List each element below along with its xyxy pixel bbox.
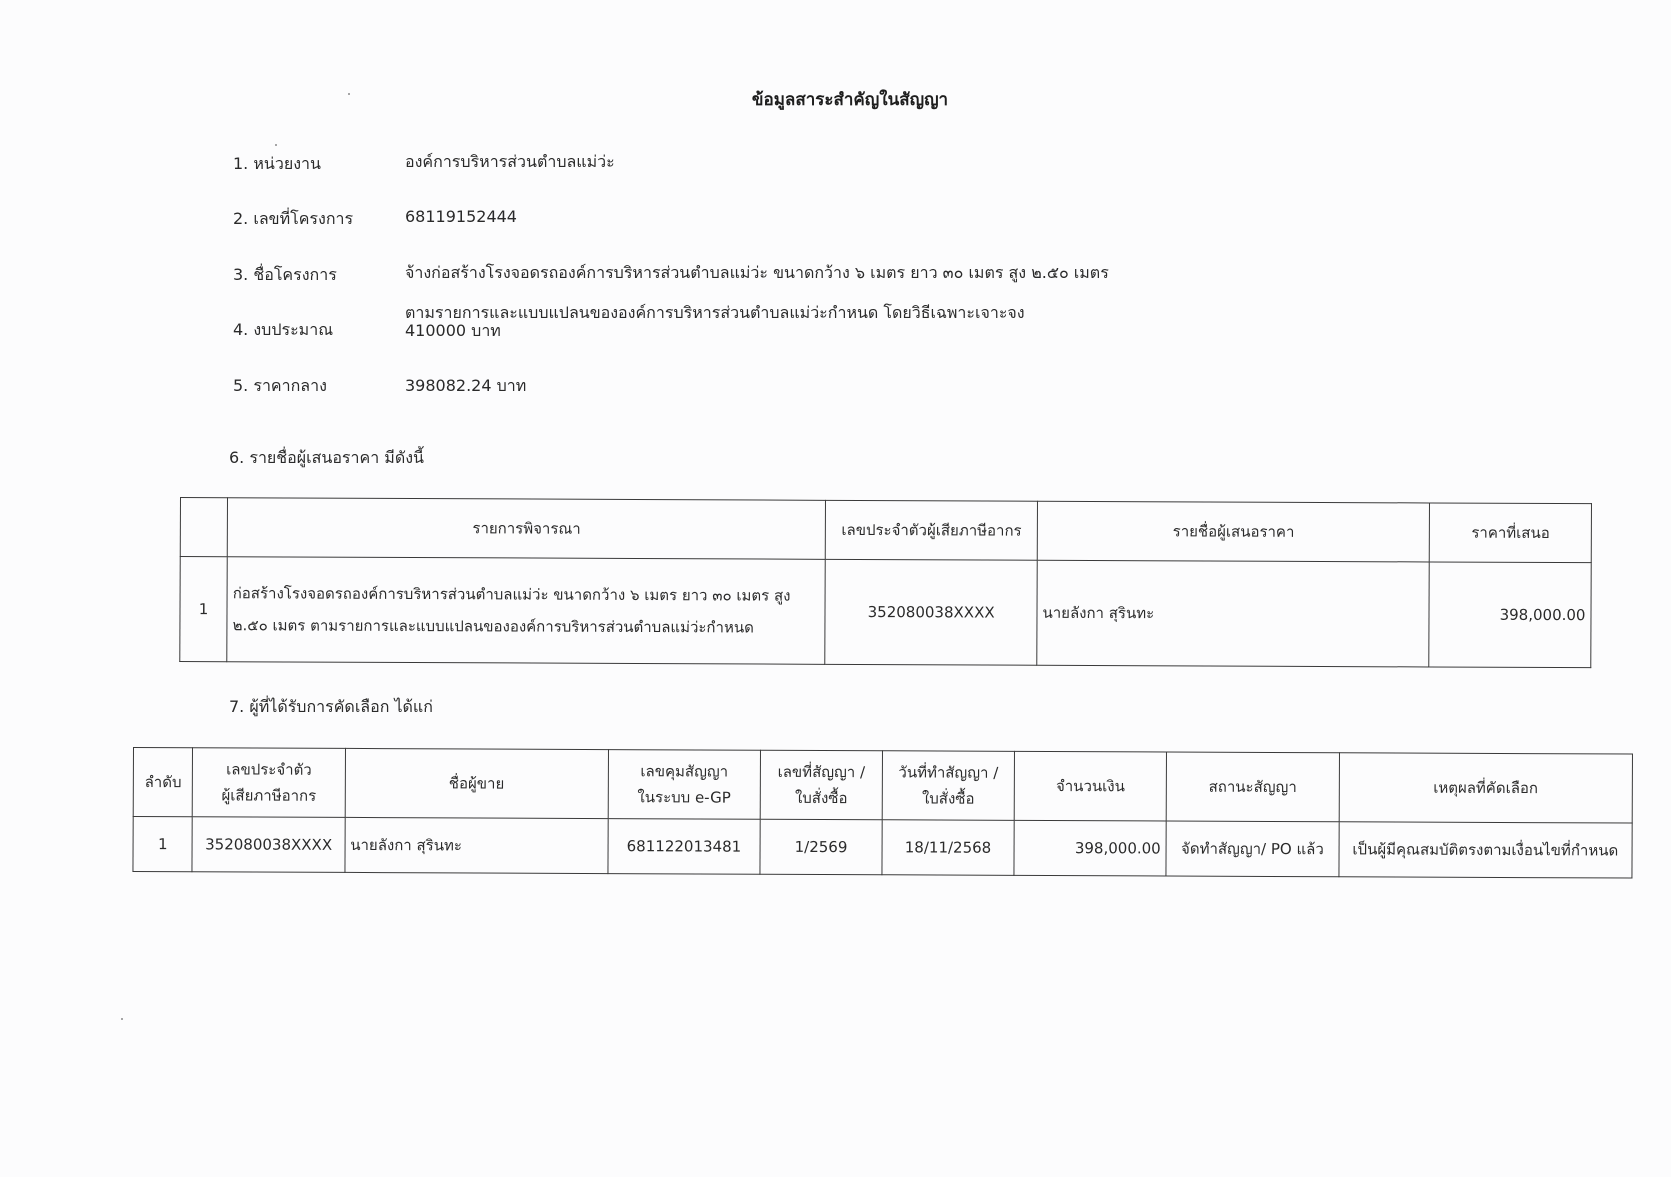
field-label-median-price: 5. ราคากลาง bbox=[233, 374, 327, 399]
table-row: 1 ก่อสร้างโรงจอดรถองค์การบริหารส่วนตำบลแ… bbox=[180, 557, 1591, 668]
field-value-project-name: จ้างก่อสร้างโรงจอดรถองค์การบริหารส่วนตำบ… bbox=[405, 263, 1109, 283]
column-header-contract-line1: เลขที่สัญญา / bbox=[778, 763, 865, 781]
column-header-order-text: ลำดับ bbox=[145, 773, 182, 791]
cell-tax-id: 352080038XXXX bbox=[825, 559, 1037, 665]
field-value-agency: องค์การบริหารส่วนตำบลแม่ว่ะ bbox=[405, 152, 615, 172]
column-header-reason: เหตุผลที่คัดเลือก bbox=[1339, 753, 1633, 823]
column-header-date-line2: ใบสั่งซื้อ bbox=[922, 789, 975, 807]
column-header-no bbox=[180, 498, 227, 557]
field-label-agency: 1. หน่วยงาน bbox=[233, 152, 321, 177]
column-header-order: ลำดับ bbox=[133, 748, 193, 817]
field-value-project-number: 68119152444 bbox=[405, 207, 517, 227]
cell-tax-id: 352080038XXXX bbox=[192, 817, 344, 873]
column-header-contract-date: วันที่ทำสัญญา /ใบสั่งซื้อ bbox=[882, 751, 1014, 821]
section-selected-heading: 7. ผู้ที่ได้รับการคัดเลือก ได้แก่ bbox=[229, 695, 433, 720]
column-header-seller-text: ชื่อผู้ขาย bbox=[449, 774, 505, 792]
cell-status: จัดทำสัญญา/ PO แล้ว bbox=[1166, 821, 1339, 877]
cell-egp-control-no: 681122013481 bbox=[608, 819, 760, 875]
column-header-tax-id: เลขประจำตัวผู้เสียภาษีอากร bbox=[193, 748, 346, 818]
scan-speck bbox=[275, 144, 277, 146]
column-header-tax-id-line2: ผู้เสียภาษีอากร bbox=[222, 786, 317, 804]
field-value-median-price: 398082.24 บาท bbox=[405, 376, 526, 396]
column-header-contract-line2: ใบสั่งซื้อ bbox=[795, 789, 848, 807]
cell-contract-no: 1/2569 bbox=[760, 819, 882, 875]
cell-no: 1 bbox=[180, 557, 228, 662]
column-header-amount-text: จำนวนเงิน bbox=[1056, 777, 1125, 795]
selected-vendor-table: ลำดับ เลขประจำตัวผู้เสียภาษีอากร ชื่อผู้… bbox=[132, 747, 1633, 879]
column-header-reason-text: เหตุผลที่คัดเลือก bbox=[1433, 779, 1538, 797]
column-header-seller: ชื่อผู้ขาย bbox=[345, 748, 608, 818]
column-header-tax-id-line1: เลขประจำตัว bbox=[226, 760, 312, 778]
document-title: ข้อมูลสาระสำคัญในสัญญา bbox=[700, 86, 1000, 113]
table-row: 1 352080038XXXX นายลังกา สุรินทะ 6811220… bbox=[133, 817, 1632, 879]
table-header-row: ลำดับ เลขประจำตัวผู้เสียภาษีอากร ชื่อผู้… bbox=[133, 748, 1632, 824]
column-header-item: รายการพิจารณา bbox=[227, 498, 825, 560]
column-header-egp-line1: เลขคุมสัญญา bbox=[640, 762, 728, 780]
column-header-tax-id: เลขประจำตัวผู้เสียภาษีอากร bbox=[825, 500, 1037, 560]
column-header-amount: จำนวนเงิน bbox=[1014, 751, 1167, 821]
cell-price: 398,000.00 bbox=[1429, 562, 1591, 668]
cell-amount: 398,000.00 bbox=[1014, 820, 1166, 876]
column-header-contract-no: เลขที่สัญญา /ใบสั่งซื้อ bbox=[760, 750, 882, 820]
column-header-egp-line2: ในระบบ e-GP bbox=[637, 788, 730, 806]
column-header-bidder: รายชื่อผู้เสนอราคา bbox=[1037, 501, 1430, 562]
column-header-egp-control: เลขคุมสัญญาในระบบ e-GP bbox=[608, 750, 761, 820]
document-page: ข้อมูลสาระสำคัญในสัญญา 1. หน่วยงาน องค์ก… bbox=[0, 0, 1671, 1177]
cell-item: ก่อสร้างโรงจอดรถองค์การบริหารส่วนตำบลแม่… bbox=[227, 557, 826, 665]
cell-reason: เป็นผู้มีคุณสมบัติตรงตามเงื่อนไขที่กำหนด bbox=[1339, 822, 1633, 878]
field-label-budget: 4. งบประมาณ bbox=[233, 318, 333, 343]
field-label-project-name: 3. ชื่อโครงการ bbox=[233, 263, 337, 288]
column-header-date-line1: วันที่ทำสัญญา / bbox=[898, 763, 998, 781]
column-header-price: ราคาที่เสนอ bbox=[1430, 503, 1592, 563]
field-value-budget: 410000 บาท bbox=[405, 321, 501, 341]
scan-speck bbox=[121, 1018, 123, 1020]
column-header-status-text: สถานะสัญญา bbox=[1209, 778, 1297, 796]
field-label-project-number: 2. เลขที่โครงการ bbox=[233, 207, 353, 232]
column-header-status: สถานะสัญญา bbox=[1166, 752, 1339, 822]
cell-contract-date: 18/11/2568 bbox=[882, 820, 1014, 876]
cell-order: 1 bbox=[133, 817, 193, 872]
section-bidders-heading: 6. รายชื่อผู้เสนอราคา มีดังนี้ bbox=[229, 446, 424, 471]
field-value-project-name-line2: ตามรายการและแบบแปลนขององค์การบริหารส่วนต… bbox=[405, 303, 1025, 323]
bidders-table: รายการพิจารณา เลขประจำตัวผู้เสียภาษีอากร… bbox=[179, 497, 1592, 668]
scan-speck bbox=[348, 93, 350, 95]
cell-seller: นายลังกา สุรินทะ bbox=[345, 817, 608, 873]
table-header-row: รายการพิจารณา เลขประจำตัวผู้เสียภาษีอากร… bbox=[180, 498, 1591, 563]
cell-bidder: นายลังกา สุรินทะ bbox=[1037, 560, 1430, 667]
